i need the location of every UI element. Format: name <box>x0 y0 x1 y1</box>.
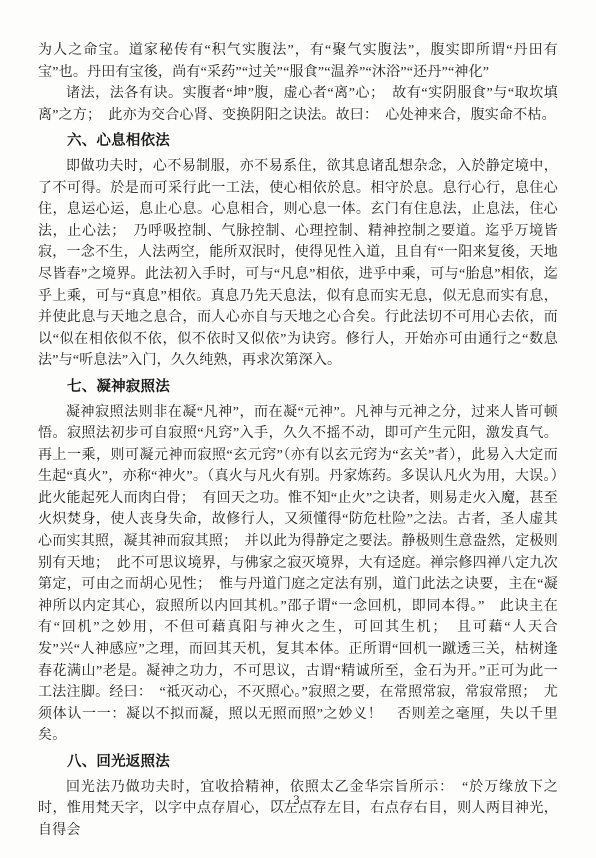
paragraph: 即做功夫时，心不易制服，亦不易系住，欲其息诸乱想杂念，入於静定境中，了不可得。於… <box>38 156 558 372</box>
paragraph-continuation: 为人之命宝。道家秘传有“积气实腹法”，有“聚气实腹法”，腹实即所谓“丹田有宝”也… <box>38 40 558 83</box>
document-page: 为人之命宝。道家秘传有“积气实腹法”，有“聚气实腹法”，腹实即所谓“丹田有宝”也… <box>0 0 596 858</box>
page-number: — 3 — <box>0 793 596 808</box>
section-heading-eight-huiguang-fanzhao: 八、回光返照法 <box>38 752 558 774</box>
section-heading-six-xinxi-xiangyi: 六、心息相依法 <box>38 131 558 153</box>
paragraph: 回光法乃做功夫时，宜收拾精神，依照太乙金华宗旨所示： “於万缘放下之时，惟用梵天… <box>38 777 558 842</box>
paragraph: 诸法，法各有诀。实腹者“坤”腹，虚心者“离”心； 故有“实阴服食”与“取坎填离”… <box>38 83 558 126</box>
paragraph: 凝神寂照法则非在凝“凡神”，而在凝“元神”。凡神与元神之分，过来人皆可顿悟。寂照… <box>38 402 558 748</box>
section-heading-seven-ningshen-jizhao: 七、凝神寂照法 <box>38 377 558 399</box>
document-body-text: 为人之命宝。道家秘传有“积气实腹法”，有“聚气实腹法”，腹实即所谓“丹田有宝”也… <box>38 40 558 841</box>
